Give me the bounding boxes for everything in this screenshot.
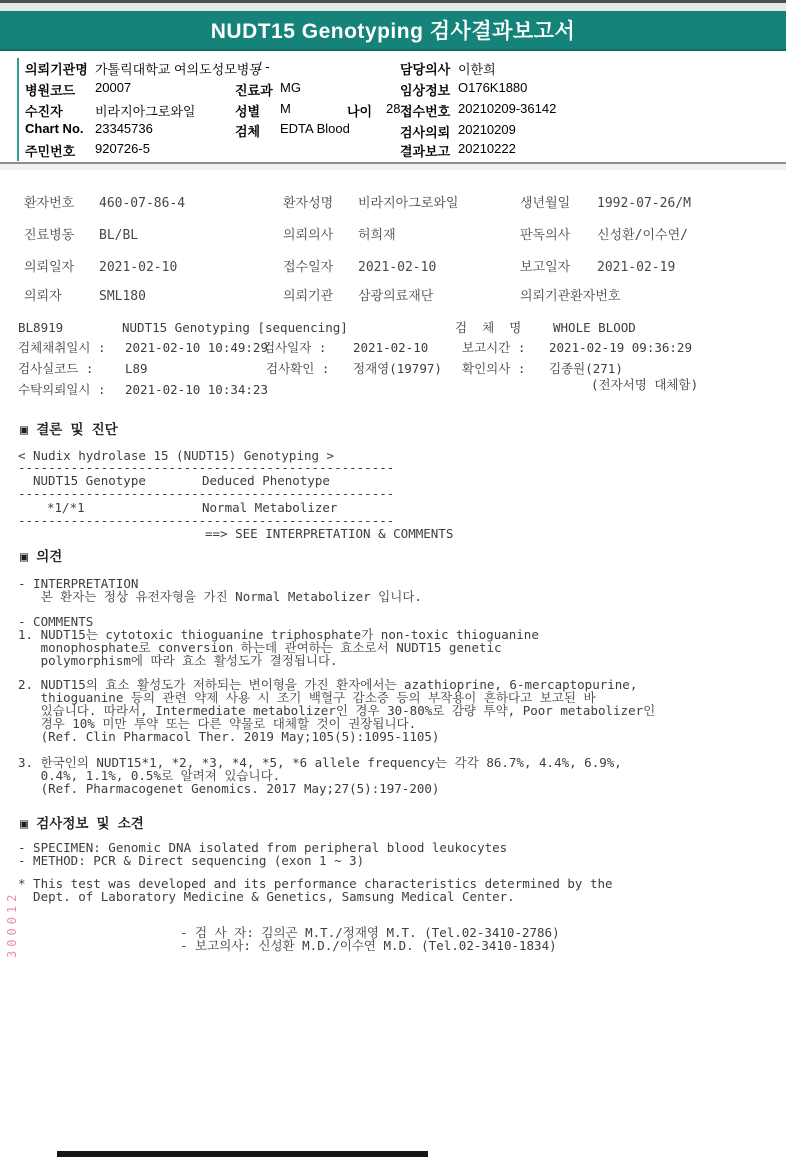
field-value: 2021-02-19 — [597, 261, 675, 275]
comment-3: 3. 한국인의 NUDT15*1, *2, *3, *4, *5, *6 all… — [18, 756, 622, 795]
field-value: 가톨릭대학교 여의도성모병동 — [95, 59, 262, 78]
field-label: 보고시간 : — [462, 341, 525, 354]
field-label: 진료과 — [235, 80, 273, 99]
field-value: BL/BL — [99, 229, 138, 243]
field-value: M — [280, 101, 291, 116]
field-label: 성별 — [235, 101, 260, 120]
interpretation-text: - INTERPRETATION 본 환자는 정상 유전자형을 가진 Norma… — [18, 577, 422, 603]
field-value: 2021-02-10 10:34:23 — [125, 383, 268, 396]
field-value: L89 — [125, 362, 148, 375]
field-value: 20210222 — [458, 141, 516, 156]
field-label: 검체채취일시 : — [18, 341, 106, 354]
field-label: 의뢰기관환자번호 — [520, 290, 620, 304]
field-value: 이한희 — [458, 59, 496, 78]
esign-note: (전자서명 대체함) — [591, 378, 698, 391]
comment-1: 1. NUDT15는 cytotoxic thioguanine triphos… — [18, 628, 539, 667]
field-value: 신성환/이수연/ — [597, 229, 688, 243]
field-value: 2021-02-10 — [99, 261, 177, 275]
field-label: 환자번호 — [24, 197, 74, 211]
field-value: WHOLE BLOOD — [553, 321, 636, 334]
field-label: 임상정보 — [400, 80, 450, 99]
field-value: SML180 — [99, 290, 146, 304]
field-label: 수진자 — [25, 101, 63, 120]
field-label: 검 체 명 — [455, 321, 521, 334]
field-label: 수탁의뢰일시 : — [18, 383, 106, 396]
field-value: 20210209 — [458, 122, 516, 137]
field-label: 검사실코드 : — [18, 362, 93, 375]
field-label: 주민번호 — [25, 141, 75, 160]
field-label: Chart No. — [25, 121, 84, 136]
field-value: 2021-02-10 10:49:29 — [125, 341, 268, 354]
field-label: 의뢰자 — [24, 290, 62, 304]
field-value: EDTA Blood — [280, 121, 350, 136]
field-label: 결과보고 — [400, 141, 450, 160]
field-extra: / - — [258, 59, 270, 74]
field-value: 23345736 — [95, 121, 153, 136]
field-value: 20210209-36142 — [458, 101, 556, 116]
side-code-vertical: 300012 — [5, 886, 19, 958]
field-value: 김종원(271) — [549, 362, 623, 375]
field-label: 접수번호 — [400, 101, 450, 120]
section-heading-test-info: ▣ 검사정보 및 소견 — [20, 818, 144, 831]
field-label: 검사확인 : — [266, 362, 329, 375]
field-value: MG — [280, 80, 301, 95]
field-value: 허희재 — [358, 229, 396, 243]
bottom-bar — [57, 1151, 428, 1157]
field-label: 검사의뢰 — [400, 122, 450, 141]
field-value: 2021-02-10 — [358, 261, 436, 275]
field-value: 정재영(19797) — [353, 362, 442, 375]
field-label: 의뢰기관명 — [25, 59, 88, 78]
report-page: NUDT15 Genotyping 검사결과보고서 의뢰기관명 가톨릭대학교 여… — [0, 0, 786, 1158]
specimen-method-text: - SPECIMEN: Genomic DNA isolated from pe… — [18, 841, 507, 867]
field-value: 20007 — [95, 80, 131, 95]
section-heading-opinion: ▣ 의견 — [20, 551, 62, 564]
field-label: 담당의사 — [400, 59, 450, 78]
field-value: 비라지아그로와일 — [95, 101, 195, 120]
field-value: 460-07-86-4 — [99, 197, 185, 211]
field-value: 920726-5 — [95, 141, 150, 156]
field-value: 28 — [386, 101, 400, 116]
top-bar-light — [0, 3, 786, 11]
disclaimer-text: * This test was developed and its perfor… — [18, 877, 613, 903]
signature-lines: - 검 사 자: 김의곤 M.T./정재영 M.T. (Tel.02-3410-… — [180, 926, 560, 952]
field-label: 확인의사 : — [462, 362, 525, 375]
see-interpretation-note: ==> SEE INTERPRETATION & COMMENTS — [205, 527, 453, 540]
dashed-rule: ----------------------------------------… — [18, 487, 394, 500]
field-label: 검체 — [235, 121, 260, 140]
field-label: 검사일자 : — [263, 341, 326, 354]
page-title: NUDT15 Genotyping 검사결과보고서 — [211, 15, 576, 45]
field-label: 생년월일 — [520, 197, 570, 211]
field-value: 비라지아그로와일 — [358, 197, 458, 211]
field-label: 보고일자 — [520, 261, 570, 275]
separator-band — [0, 164, 786, 170]
field-value: O176K1880 — [458, 80, 527, 95]
field-label: 나이 — [347, 101, 372, 120]
comment-2: 2. NUDT15의 효소 활성도가 저하되는 변이형을 가진 환자에서는 az… — [18, 678, 655, 743]
request-block-accent-line — [17, 58, 19, 161]
field-label: 환자성명 — [283, 197, 333, 211]
section-heading-conclusion: ▣ 결론 및 진단 — [20, 424, 118, 437]
field-label: 진료병동 — [24, 229, 74, 243]
field-label: 병원코드 — [25, 80, 75, 99]
test-name: NUDT15 Genotyping [sequencing] — [122, 321, 348, 334]
field-label: 의뢰기관 — [283, 290, 333, 304]
field-label: 판독의사 — [520, 229, 570, 243]
test-code: BL8919 — [18, 321, 63, 334]
field-value: 1992-07-26/M — [597, 197, 691, 211]
field-value: 2021-02-10 — [353, 341, 428, 354]
field-value: 삼광의료재단 — [358, 290, 433, 304]
field-value: 2021-02-19 09:36:29 — [549, 341, 692, 354]
field-label: 접수일자 — [283, 261, 333, 275]
report-title-banner: NUDT15 Genotyping 검사결과보고서 — [0, 11, 786, 51]
field-label: 의뢰일자 — [24, 261, 74, 275]
field-label: 의뢰의사 — [283, 229, 333, 243]
